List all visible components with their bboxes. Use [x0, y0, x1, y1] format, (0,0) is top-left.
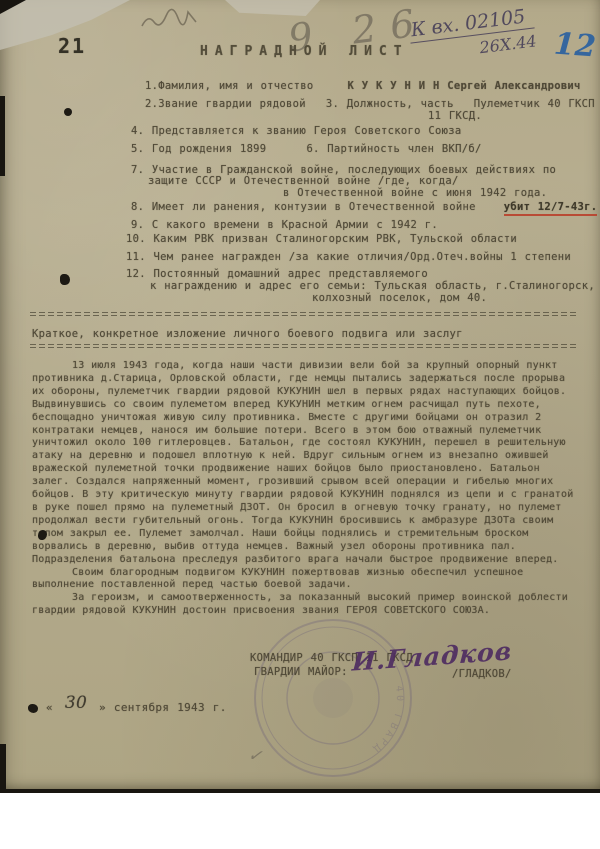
field-position-label: 3. Должность, часть	[326, 98, 454, 110]
field-name: 1.Фамилия, имя и отчествоК У К У Н И Н С…	[145, 80, 581, 92]
field-draft-office: 10. Каким РВК призван Сталиногорским РВК…	[126, 233, 517, 245]
citation-body: 13 июля 1943 года, когда наши части диви…	[32, 360, 578, 618]
field-home-address-2: к награждению и адрес его семьи: Тульска…	[150, 280, 595, 292]
date-day-handwritten: 30	[65, 693, 87, 713]
scan-edge-left-bottom	[0, 744, 6, 791]
field-previous-awards: 11. Чем ранее награжден /за какие отличи…	[126, 251, 571, 263]
field-rank: 2.Звание гвардии рядовой	[145, 98, 306, 110]
field-nominated-for: 4. Представляется к званию Героя Советск…	[131, 125, 461, 137]
pencil-scribble	[138, 8, 208, 34]
commander-rank-line: ГВАРДИИ МАЙОР:	[254, 666, 348, 678]
blue-pencil-number: 12	[553, 27, 597, 65]
field-war-participation-3: в Отечественной войне с июня 1942 года.	[283, 187, 547, 199]
field-division: 11 ГКСД.	[428, 110, 482, 122]
killed-in-action-note: убит 12/7-43г.	[504, 201, 598, 216]
citation-heading: Краткое, конкретное изложение личного бо…	[32, 328, 463, 340]
paper-bottom-edge-shadow	[0, 789, 600, 793]
date-open-quote: «	[46, 701, 53, 714]
archive-page-number: 21	[58, 40, 86, 52]
scan-edge-left-top	[0, 96, 5, 176]
field-wounds: 8. Имеет ли ранения, контузии в Отечеств…	[131, 201, 597, 213]
document-title: НАГРАДНОЙ ЛИСТ	[200, 46, 409, 58]
svg-text:40 ГВАРД: 40 ГВАРД	[369, 685, 405, 756]
citation-paragraph-2: Своим благородным подвигом КУКУНИН пожер…	[32, 567, 578, 593]
field-rank-position: 2.Звание гвардии рядовой3. Должность, ча…	[145, 98, 595, 110]
paper-sheet: 21 9 26 К вх. 02105 26Х.44 12 НАГРАДНОЙ …	[0, 0, 600, 791]
ink-blot	[60, 274, 70, 285]
field-party: 6. Партийность член ВКП/б/	[306, 143, 481, 155]
field-war-participation-2: защите СССР и Отечественной войне /где, …	[148, 175, 459, 187]
unit-seal-text: 40 ГВАРД	[369, 685, 405, 756]
field-name-value: К У К У Н И Н Сергей Александрович	[348, 80, 581, 92]
field-position-value: Пулеметчик 40 ГКСП	[474, 98, 595, 110]
registry-note-date: 26Х.44	[478, 31, 537, 57]
field-birth-year: 5. Год рождения 1899	[131, 143, 266, 155]
scanned-award-document: 21 9 26 К вх. 02105 26Х.44 12 НАГРАДНОЙ …	[0, 0, 600, 849]
pencil-checkmark: ✓	[247, 745, 264, 767]
field-name-label: 1.Фамилия, имя и отчество	[145, 80, 314, 92]
field-birth-party: 5. Год рождения 18996. Партийность член …	[131, 143, 482, 155]
date-rest: » сентября 1943 г.	[99, 701, 227, 714]
typed-separator-bottom	[30, 344, 576, 348]
field-home-address-3: колхозный поселок, дом 40.	[312, 292, 487, 304]
citation-paragraph-1: 13 июля 1943 года, когда наши части диви…	[32, 360, 578, 567]
typed-separator-top	[30, 312, 576, 316]
document-date: « 30 » сентября 1943 г.	[46, 700, 227, 714]
unit-seal: 40 ГВАРД	[243, 608, 423, 788]
commander-name-typed: /ГЛАДКОВ/	[452, 668, 512, 680]
field-home-address-1: 12. Постоянный домашний адрес представля…	[126, 268, 428, 280]
field-wounds-label: 8. Имеет ли ранения, контузии в Отечеств…	[131, 201, 476, 213]
ink-blot	[28, 704, 38, 713]
ink-blot	[64, 108, 72, 116]
field-army-since: 9. С какого времени в Красной Армии с 19…	[131, 219, 438, 231]
